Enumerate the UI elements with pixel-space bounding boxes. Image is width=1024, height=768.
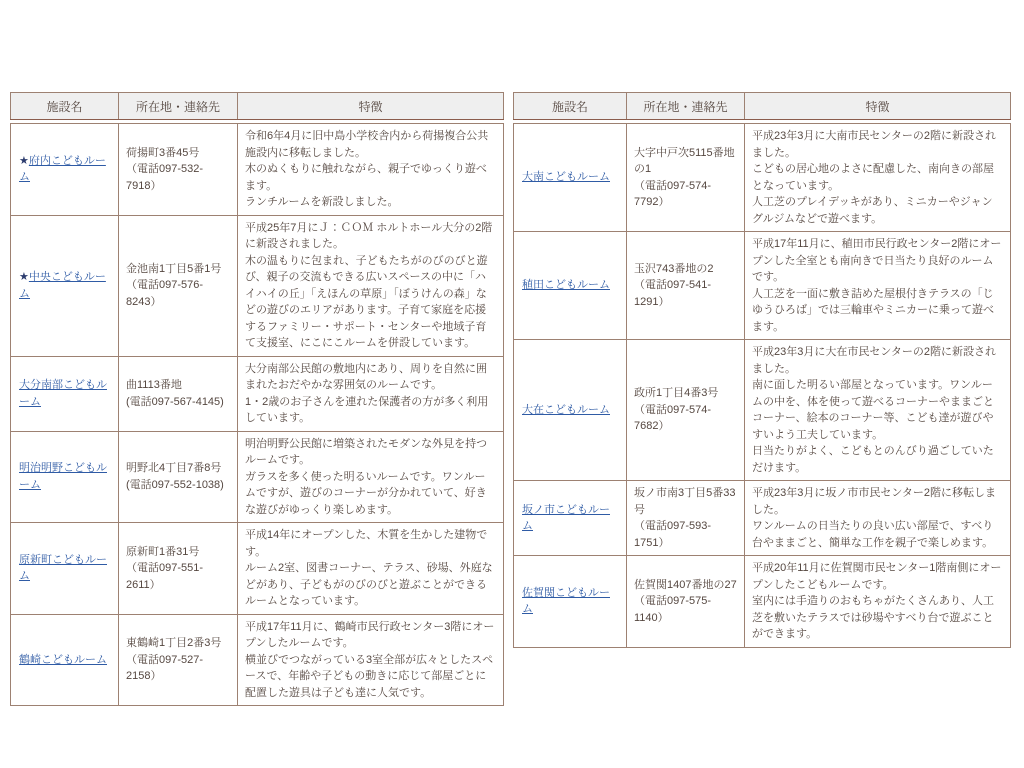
star-marker: ★ (19, 155, 29, 167)
table-header: 施設名所在地・連絡先特徴 (513, 92, 1011, 120)
facility-row: 明治明野こどもルーム明野北4丁目7番8号 (電話097-552-1038)明治明… (11, 431, 504, 523)
facility-row: 原新町こどもルーム原新町1番31号 （電話097-551-2611）平成14年に… (11, 523, 504, 615)
facility-name-cell: ★府内こどもルーム (11, 124, 119, 216)
facility-link[interactable]: 坂ノ市こどもルーム (522, 504, 610, 533)
facility-name-cell: 原新町こどもルーム (11, 523, 119, 615)
facility-features-cell: 平成23年3月に大南市民センターの2階に新設されました。 こどもの居心地のよさに… (745, 124, 1011, 232)
facility-address-cell: 政所1丁目4番3号 （電話097-574-7682） (627, 340, 745, 481)
facility-features-cell: 平成25年7月にＪ：ＣＯＭ ホルトホール大分の2階に新設されました。 木の温もり… (238, 215, 504, 356)
facility-features-cell: 明治明野公民館に増築されたモダンな外見を持つルームです。 ガラスを多く使った明る… (238, 431, 504, 523)
facility-name-cell: 大在こどもルーム (514, 340, 627, 481)
column-header-1: 所在地・連絡先 (627, 93, 745, 120)
facility-name-cell: 稙田こどもルーム (514, 232, 627, 340)
column-header-2: 特徴 (745, 93, 1011, 120)
header-row: 施設名所在地・連絡先特徴 (514, 93, 1011, 120)
facility-table-left: 施設名所在地・連絡先特徴 ★府内こどもルーム荷揚町3番45号 （電話097-53… (10, 92, 504, 706)
facility-row: 稙田こどもルーム玉沢743番地の2 （電話097-541-1291）平成17年1… (514, 232, 1011, 340)
facility-row: 大分南部こどもルーム曲1113番地 (電話097-567-4145)大分南部公民… (11, 356, 504, 431)
facility-features-cell: 平成23年3月に坂ノ市市民センター2階に移転しました。 ワンルームの日当たりの良… (745, 481, 1011, 556)
facility-link[interactable]: 稙田こどもルーム (522, 279, 610, 291)
facility-address-cell: 佐賀関1407番地の27 （電話097-575-1140） (627, 556, 745, 648)
table-body: ★府内こどもルーム荷揚町3番45号 （電話097-532-7918）令和6年4月… (10, 123, 504, 706)
facility-row: 佐賀関こどもルーム佐賀関1407番地の27 （電話097-575-1140）平成… (514, 556, 1011, 648)
header-row: 施設名所在地・連絡先特徴 (11, 93, 504, 120)
facility-name-cell: 大分南部こどもルーム (11, 356, 119, 431)
facility-name-cell: 佐賀関こどもルーム (514, 556, 627, 648)
column-header-1: 所在地・連絡先 (119, 93, 238, 120)
column-header-2: 特徴 (238, 93, 504, 120)
facility-link[interactable]: 大分南部こどもルーム (19, 379, 107, 408)
facility-name-cell: 明治明野こどもルーム (11, 431, 119, 523)
facility-address-cell: 大字中戸次5115番地の1 （電話097-574-7792） (627, 124, 745, 232)
column-header-0: 施設名 (11, 93, 119, 120)
facility-link[interactable]: 鶴崎こどもルーム (19, 654, 107, 666)
facility-row: ★府内こどもルーム荷揚町3番45号 （電話097-532-7918）令和6年4月… (11, 124, 504, 216)
facility-features-cell: 平成17年11月に、稙田市民行政センター2階にオープンした全室とも南向きで日当た… (745, 232, 1011, 340)
facility-features-cell: 令和6年4月に旧中島小学校舎内から荷揚複合公共施設内に移転しました。 木のぬくも… (238, 124, 504, 216)
facility-table-right: 施設名所在地・連絡先特徴 大南こどもルーム大字中戸次5115番地の1 （電話09… (513, 92, 1011, 648)
facility-link[interactable]: 大在こどもルーム (522, 404, 610, 416)
column-header-0: 施設名 (514, 93, 627, 120)
facility-features-cell: 平成20年11月に佐賀関市民センター1階南側にオープンしたこどもルームです。 室… (745, 556, 1011, 648)
facility-tables: 施設名所在地・連絡先特徴 ★府内こどもルーム荷揚町3番45号 （電話097-53… (10, 92, 1011, 706)
facility-address-cell: 坂ノ市南3丁目5番33号 （電話097-593-1751） (627, 481, 745, 556)
facility-address-cell: 曲1113番地 (電話097-567-4145) (119, 356, 238, 431)
facility-name-cell: 坂ノ市こどもルーム (514, 481, 627, 556)
facility-row: 大在こどもルーム政所1丁目4番3号 （電話097-574-7682）平成23年3… (514, 340, 1011, 481)
facility-row: 大南こどもルーム大字中戸次5115番地の1 （電話097-574-7792）平成… (514, 124, 1011, 232)
facility-link[interactable]: 府内こどもルーム (19, 155, 106, 184)
facility-name-cell: ★中央こどもルーム (11, 215, 119, 356)
facility-name-cell: 鶴崎こどもルーム (11, 614, 119, 706)
facility-link[interactable]: 原新町こどもルーム (19, 554, 107, 583)
facility-link[interactable]: 中央こどもルーム (19, 271, 106, 300)
facility-address-cell: 明野北4丁目7番8号 (電話097-552-1038) (119, 431, 238, 523)
facility-features-cell: 平成17年11月に、鶴崎市民行政センター3階にオープンしたルームです。 横並びで… (238, 614, 504, 706)
table-header: 施設名所在地・連絡先特徴 (10, 92, 504, 120)
facility-address-cell: 玉沢743番地の2 （電話097-541-1291） (627, 232, 745, 340)
facility-features-cell: 大分南部公民館の敷地内にあり、周りを自然に囲まれたおだやかな雰囲気のルームです。… (238, 356, 504, 431)
facility-address-cell: 原新町1番31号 （電話097-551-2611） (119, 523, 238, 615)
facility-address-cell: 荷揚町3番45号 （電話097-532-7918） (119, 124, 238, 216)
facility-link[interactable]: 大南こどもルーム (522, 171, 610, 183)
facility-row: ★中央こどもルーム金池南1丁目5番1号 （電話097-576-8243）平成25… (11, 215, 504, 356)
facility-link[interactable]: 佐賀関こどもルーム (522, 587, 610, 616)
star-marker: ★ (19, 271, 29, 283)
facility-row: 坂ノ市こどもルーム坂ノ市南3丁目5番33号 （電話097-593-1751）平成… (514, 481, 1011, 556)
table-body: 大南こどもルーム大字中戸次5115番地の1 （電話097-574-7792）平成… (513, 123, 1011, 648)
facility-name-cell: 大南こどもルーム (514, 124, 627, 232)
facility-row: 鶴崎こどもルーム東鶴崎1丁目2番3号 （電話097-527-2158）平成17年… (11, 614, 504, 706)
facility-address-cell: 金池南1丁目5番1号 （電話097-576-8243） (119, 215, 238, 356)
facility-features-cell: 平成23年3月に大在市民センターの2階に新設されました。 南に面した明るい部屋と… (745, 340, 1011, 481)
facility-link[interactable]: 明治明野こどもルーム (19, 462, 107, 491)
facility-address-cell: 東鶴崎1丁目2番3号 （電話097-527-2158） (119, 614, 238, 706)
facility-features-cell: 平成14年にオープンした、木質を生かした建物です。 ルーム2室、図書コーナー、テ… (238, 523, 504, 615)
